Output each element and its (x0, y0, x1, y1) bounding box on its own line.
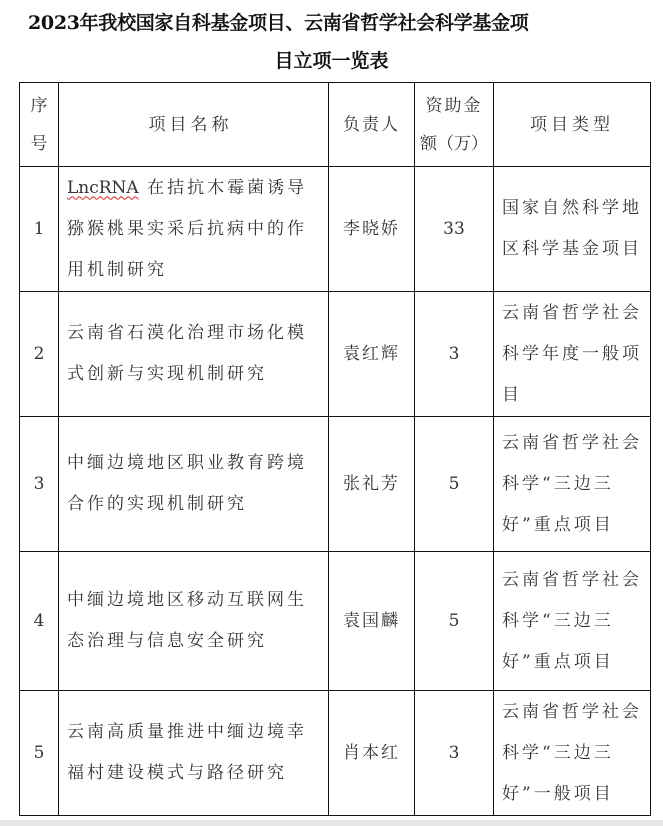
row-no: 3 (20, 417, 59, 552)
row-person: 袁国麟 (329, 552, 415, 691)
row-person: 李晓娇 (329, 167, 415, 292)
header-amount: 资助金 额（万） (415, 83, 494, 167)
row-amount: 3 (415, 292, 494, 417)
header-no: 序 号 (20, 83, 59, 167)
table-row: 2 云南省石漠化治理市场化模式创新与实现机制研究 袁红辉 3 云南省哲学社会科学… (20, 292, 651, 417)
page-bottom-edge (0, 820, 663, 826)
row-no: 1 (20, 167, 59, 292)
project-table: 序 号 项目名称 负责人 资助金 额（万） 项目类型 1 LncRNA 在拮抗木… (19, 82, 651, 816)
row-amount: 5 (415, 417, 494, 552)
header-amount-line-2: 额（万） (415, 125, 493, 163)
table-header-row: 序 号 项目名称 负责人 资助金 额（万） 项目类型 (20, 83, 651, 167)
row-project-name: LncRNA 在拮抗木霉菌诱导猕猴桃果实采后抗病中的作用机制研究 (59, 167, 329, 292)
row-type: 云南省哲学社会科学“三边三好”一般项目 (494, 691, 651, 816)
row-project-name: 云南高质量推进中缅边境幸福村建设模式与路径研究 (59, 691, 329, 816)
header-type: 项目类型 (494, 83, 651, 167)
header-amount-line-1: 资助金 (415, 87, 493, 125)
row-no: 5 (20, 691, 59, 816)
row-type: 国家自然科学地区科学基金项目 (494, 167, 651, 292)
document-title-line-2: 目立项一览表 (0, 46, 663, 73)
row-type: 云南省哲学社会科学“三边三好”重点项目 (494, 552, 651, 691)
row-type: 云南省哲学社会科学“三边三好”重点项目 (494, 417, 651, 552)
row-project-name: 云南省石漠化治理市场化模式创新与实现机制研究 (59, 292, 329, 417)
header-name: 项目名称 (59, 83, 329, 167)
row-no: 4 (20, 552, 59, 691)
table-row: 5 云南高质量推进中缅边境幸福村建设模式与路径研究 肖本红 3 云南省哲学社会科… (20, 691, 651, 816)
table-row: 3 中缅边境地区职业教育跨境合作的实现机制研究 张礼芳 5 云南省哲学社会科学“… (20, 417, 651, 552)
row-amount: 33 (415, 167, 494, 292)
spellcheck-word: LncRNA (67, 178, 139, 198)
row-project-name: 中缅边境地区移动互联网生态治理与信息安全研究 (59, 552, 329, 691)
row-type: 云南省哲学社会科学年度一般项目 (494, 292, 651, 417)
header-no-line-2: 号 (20, 125, 58, 163)
row-project-name: 中缅边境地区职业教育跨境合作的实现机制研究 (59, 417, 329, 552)
row-person: 肖本红 (329, 691, 415, 816)
row-no: 2 (20, 292, 59, 417)
row-person: 张礼芳 (329, 417, 415, 552)
row-person: 袁红辉 (329, 292, 415, 417)
table-row: 1 LncRNA 在拮抗木霉菌诱导猕猴桃果实采后抗病中的作用机制研究 李晓娇 3… (20, 167, 651, 292)
table-row: 4 中缅边境地区移动互联网生态治理与信息安全研究 袁国麟 5 云南省哲学社会科学… (20, 552, 651, 691)
document-title-line-1: 2023年我校国家自科基金项目、云南省哲学社会科学基金项 (28, 8, 648, 35)
header-person: 负责人 (329, 83, 415, 167)
row-amount: 3 (415, 691, 494, 816)
header-no-line-1: 序 (20, 87, 58, 125)
row-amount: 5 (415, 552, 494, 691)
